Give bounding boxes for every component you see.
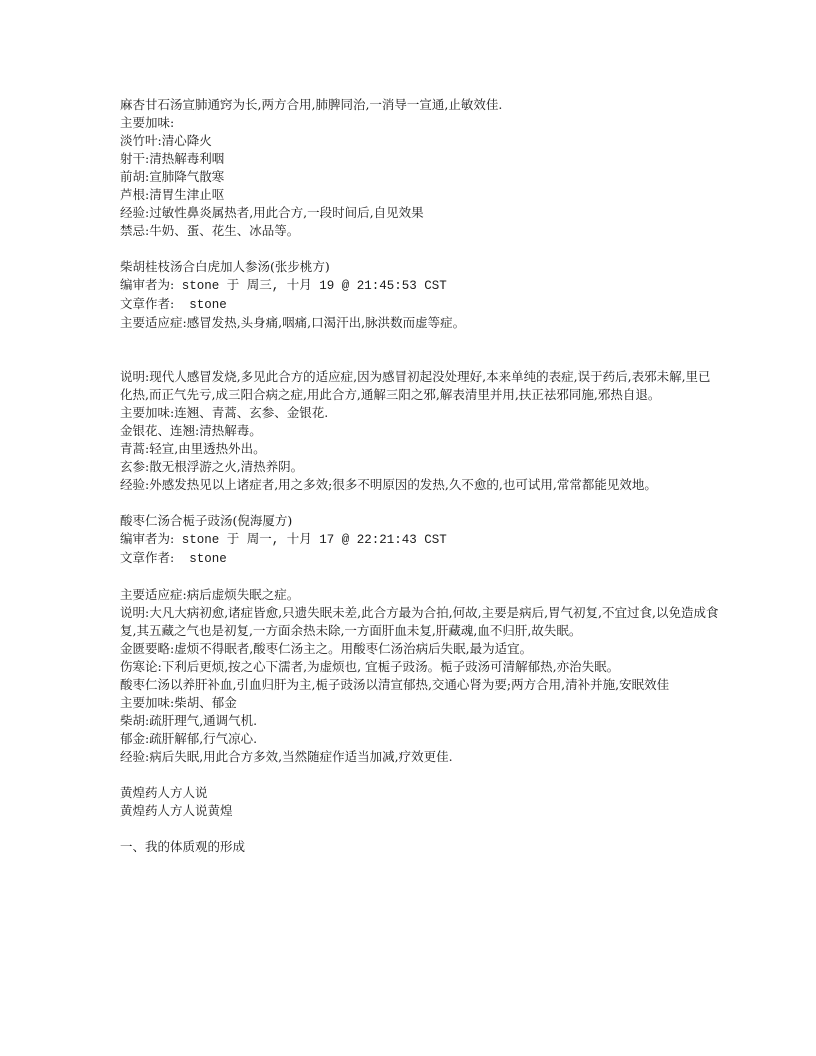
paragraph-line: 青蒿:轻宣,由里透热外出。 bbox=[120, 440, 720, 458]
author-name: stone bbox=[174, 298, 227, 312]
article-title: 柴胡桂枝汤合白虎加人参汤(张步桃方) bbox=[120, 258, 720, 276]
reviewer-label: 编审者为: bbox=[120, 277, 174, 292]
jingui-quote: 金匮要略:虚烦不得眠者,酸枣仁汤主之。用酸枣仁汤治病后失眠,最为适宜。 bbox=[120, 640, 720, 658]
paragraph-line: 金银花、连翘:清热解毒。 bbox=[120, 422, 720, 440]
paragraph-line: 麻杏甘石汤宣肺通窍为长,两方合用,肺脾同治,一消导一宣通,止敏效佳. bbox=[120, 96, 720, 114]
author-info: 文章作者: stone bbox=[120, 295, 720, 314]
paragraph-line: 玄参:散无根浮游之火,清热养阴。 bbox=[120, 458, 720, 476]
article-subtitle: 黄煌药人方人说黄煌 bbox=[120, 802, 720, 820]
paragraph-line: 前胡:宣肺降气散寒 bbox=[120, 168, 720, 186]
explanation-paragraph: 说明:大凡大病初愈,诸症皆愈,只遗失眠未差,此合方最为合拍,何故,主要是病后,胃… bbox=[120, 604, 720, 640]
paragraph-line: 经验:过敏性鼻炎属热者,用此合方,一段时间后,自见效果 bbox=[120, 204, 720, 222]
spacer bbox=[120, 350, 720, 368]
paragraph-line: 主要加味:连翘、青蒿、玄参、金银花. bbox=[120, 404, 720, 422]
paragraph-line: 芦根:清胃生津止呕 bbox=[120, 186, 720, 204]
shanghan-quote: 伤寒论:下利后更烦,按之心下濡者,为虚烦也, 宜栀子豉汤。栀子豉汤可清解郁热,亦… bbox=[120, 658, 720, 676]
spacer bbox=[120, 568, 720, 586]
paragraph-line: 主要加味:柴胡、郁金 bbox=[120, 694, 720, 712]
experience-paragraph: 经验:外感发热见以上诸症者,用之多效;很多不明原因的发热,久不愈的,也可试用,常… bbox=[120, 476, 720, 494]
author-info: 文章作者: stone bbox=[120, 549, 720, 568]
document-page: 麻杏甘石汤宣肺通窍为长,两方合用,肺脾同治,一消导一宣通,止敏效佳. 主要加味:… bbox=[120, 96, 720, 856]
reviewer-meta: stone 于 周一, 十月 17 @ 22:21:43 CST bbox=[174, 533, 447, 547]
combined-paragraph: 酸枣仁汤以养肝补血,引血归肝为主,栀子豉汤以清宣郁热,交通心肾为要;两方合用,清… bbox=[120, 676, 720, 694]
reviewer-label: 编审者为: bbox=[120, 531, 174, 546]
author-label: 文章作者: bbox=[120, 296, 174, 311]
section-chaihu-guizhi: 柴胡桂枝汤合白虎加人参汤(张步桃方) 编审者为: stone 于 周三, 十月 … bbox=[120, 258, 720, 494]
paragraph-line: 郁金:疏肝解郁,行气凉心. bbox=[120, 730, 720, 748]
spacer bbox=[120, 820, 720, 838]
reviewer-meta: stone 于 周三, 十月 19 @ 21:45:53 CST bbox=[174, 279, 447, 293]
spacer bbox=[120, 332, 720, 350]
spacer bbox=[120, 494, 720, 512]
section-mahuang-continuation: 麻杏甘石汤宣肺通窍为长,两方合用,肺脾同治,一消导一宣通,止敏效佳. 主要加味:… bbox=[120, 96, 720, 240]
section-huanghuang: 黄煌药人方人说 黄煌药人方人说黄煌 一、我的体质观的形成 bbox=[120, 784, 720, 856]
reviewer-info: 编审者为: stone 于 周一, 十月 17 @ 22:21:43 CST bbox=[120, 530, 720, 549]
paragraph-line: 射干:清热解毒利咽 bbox=[120, 150, 720, 168]
paragraph-line: 柴胡:疏肝理气,通调气机. bbox=[120, 712, 720, 730]
paragraph-line: 禁忌:牛奶、蛋、花生、冰品等。 bbox=[120, 222, 720, 240]
article-title: 酸枣仁汤合栀子豉汤(倪海厦方) bbox=[120, 512, 720, 530]
reviewer-info: 编审者为: stone 于 周三, 十月 19 @ 21:45:53 CST bbox=[120, 276, 720, 295]
indication: 主要适应症:感冒发热,头身痛,咽痛,口渴汗出,脉洪数而虚等症。 bbox=[120, 314, 720, 332]
section-suanzaoren: 酸枣仁汤合栀子豉汤(倪海厦方) 编审者为: stone 于 周一, 十月 17 … bbox=[120, 512, 720, 766]
author-name: stone bbox=[174, 552, 227, 566]
article-title: 黄煌药人方人说 bbox=[120, 784, 720, 802]
explanation-paragraph: 说明:现代人感冒发烧,多见此合方的适应症,因为感冒初起没处理好,本来单纯的表症,… bbox=[120, 368, 720, 404]
spacer bbox=[120, 766, 720, 784]
paragraph-line: 淡竹叶:清心降火 bbox=[120, 132, 720, 150]
paragraph-line: 经验:病后失眠,用此合方多效,当然随症作适当加减,疗效更佳. bbox=[120, 748, 720, 766]
section-heading: 一、我的体质观的形成 bbox=[120, 838, 720, 856]
spacer bbox=[120, 240, 720, 258]
paragraph-line: 主要加味: bbox=[120, 114, 720, 132]
author-label: 文章作者: bbox=[120, 550, 174, 565]
indication: 主要适应症:病后虚烦失眠之症。 bbox=[120, 586, 720, 604]
